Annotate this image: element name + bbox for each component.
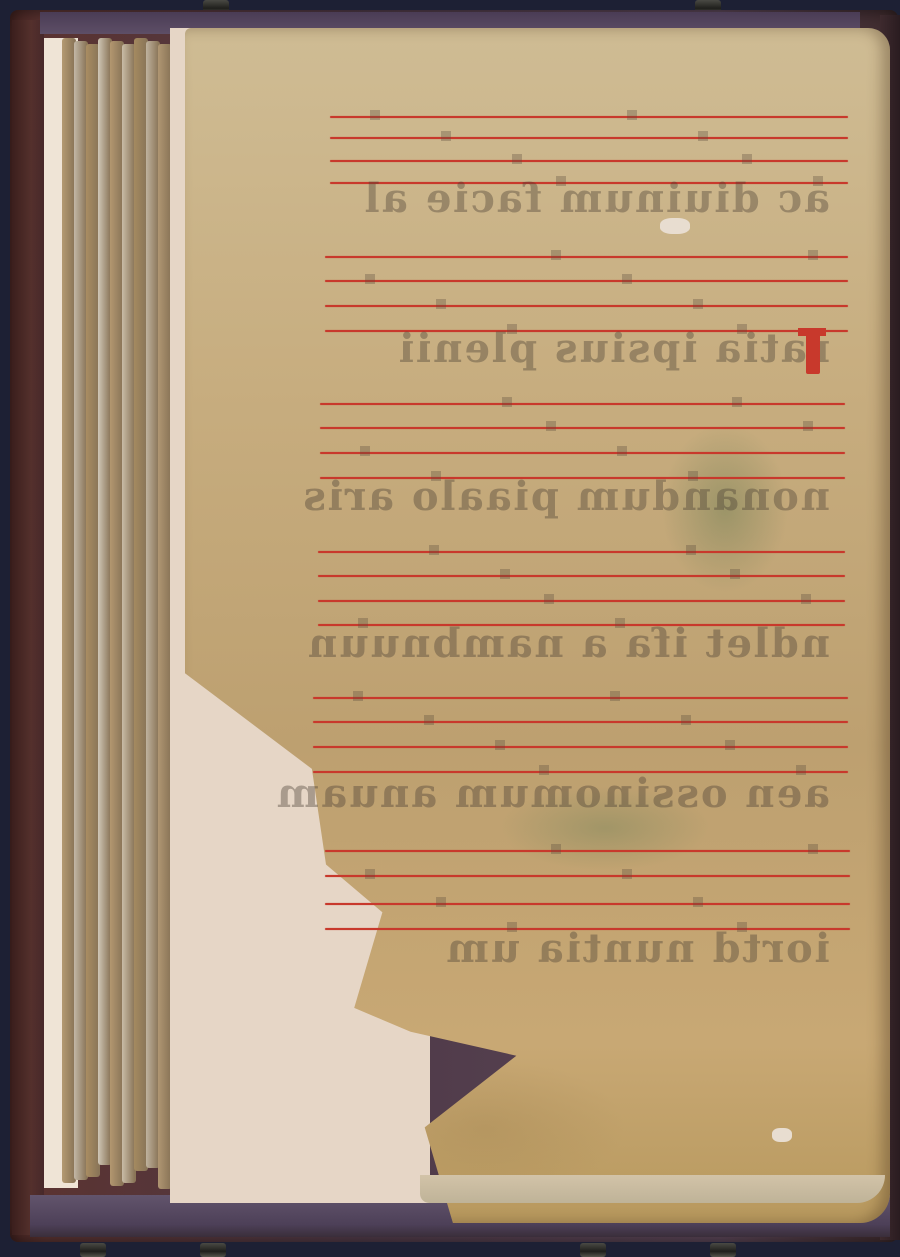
showthrough-text-line: aen ossinomum anuam xyxy=(330,770,830,817)
staff-line xyxy=(313,697,848,699)
neume-mark xyxy=(725,740,735,750)
showthrough-text-line: iortd nuntia um xyxy=(330,925,830,972)
tear-hole xyxy=(660,218,690,234)
showthrough-text-line: ac diuinum facie al xyxy=(330,175,830,222)
neume-mark xyxy=(610,691,620,701)
showthrough-text-line: ratia ipsius plenii xyxy=(330,325,830,372)
neume-mark xyxy=(424,715,434,725)
neume-mark xyxy=(551,844,561,854)
staff-line xyxy=(318,551,845,553)
neume-mark xyxy=(360,446,370,456)
neume-mark xyxy=(730,569,740,579)
neume-mark xyxy=(546,421,556,431)
staff-line xyxy=(325,280,848,282)
neume-mark xyxy=(801,594,811,604)
page-bottom-edge xyxy=(420,1175,885,1203)
binding-peg-icon xyxy=(710,1243,736,1257)
neume-mark xyxy=(698,131,708,141)
staff-line xyxy=(330,137,848,139)
neume-mark xyxy=(429,545,439,555)
staff-line xyxy=(320,403,845,405)
neume-mark xyxy=(436,299,446,309)
neume-mark xyxy=(622,869,632,879)
neume-mark xyxy=(808,844,818,854)
staff-line xyxy=(318,575,845,577)
neume-mark xyxy=(622,274,632,284)
showthrough-text-line: nonandum piaalo aris xyxy=(330,473,830,520)
neume-mark xyxy=(436,897,446,907)
showthrough-text-line: ndlet ifa a nambnuun xyxy=(330,620,830,667)
staff-line xyxy=(325,256,848,258)
staff-line xyxy=(325,850,850,852)
neume-mark xyxy=(732,397,742,407)
staff-line xyxy=(325,903,850,905)
neume-mark xyxy=(693,299,703,309)
neume-mark xyxy=(495,740,505,750)
staff-line xyxy=(320,427,845,429)
neume-mark xyxy=(353,691,363,701)
binding-peg-icon xyxy=(580,1243,606,1257)
staff-line xyxy=(330,160,848,162)
staff-line xyxy=(325,875,850,877)
neume-mark xyxy=(441,131,451,141)
neume-mark xyxy=(370,110,380,120)
staff-line xyxy=(313,721,848,723)
neume-mark xyxy=(808,250,818,260)
neume-mark xyxy=(365,869,375,879)
neume-mark xyxy=(544,594,554,604)
tear-hole xyxy=(772,1128,792,1142)
neume-mark xyxy=(803,421,813,431)
neume-mark xyxy=(681,715,691,725)
staff-line xyxy=(320,452,845,454)
staff-line xyxy=(318,600,845,602)
neume-mark xyxy=(617,446,627,456)
neume-mark xyxy=(502,397,512,407)
neume-mark xyxy=(500,569,510,579)
neume-mark xyxy=(693,897,703,907)
staff-line xyxy=(330,116,848,118)
red-initial-letter xyxy=(806,328,820,374)
neume-mark xyxy=(551,250,561,260)
staff-line xyxy=(325,305,848,307)
neume-mark xyxy=(627,110,637,120)
binding-peg-icon xyxy=(80,1243,106,1257)
binding-left-board xyxy=(12,20,44,1235)
neume-mark xyxy=(742,154,752,164)
staff-line xyxy=(313,746,848,748)
neume-mark xyxy=(512,154,522,164)
neume-mark xyxy=(686,545,696,555)
neume-mark xyxy=(365,274,375,284)
binding-peg-icon xyxy=(200,1243,226,1257)
